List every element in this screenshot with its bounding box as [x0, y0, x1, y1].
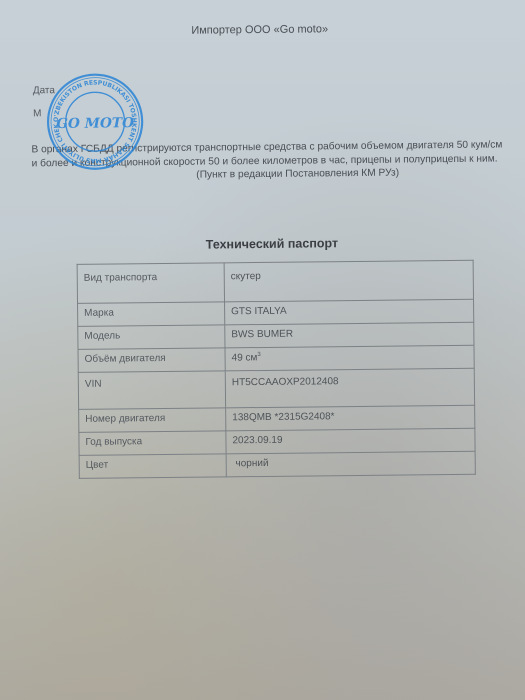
document-page: Импортер ООО «Go moto» Дата М В органах …: [0, 0, 525, 700]
row-value: GTS ITALYA: [225, 299, 474, 325]
table-row: VIN HT5CCAAOXP2012408: [78, 368, 474, 409]
table-row: Вид транспорта скутер: [77, 260, 473, 303]
document-title: Технический паспорт: [0, 234, 525, 254]
row-label: Объём двигателя: [78, 348, 225, 373]
row-value: HT5CCAAOXP2012408: [225, 368, 474, 408]
stamp-center-text: GO MOTO: [56, 115, 134, 132]
row-value: BWS BUMER: [225, 322, 474, 348]
row-label: Цвет: [79, 454, 226, 479]
engine-volume-value: 49 см: [232, 352, 258, 363]
superscript: 3: [257, 352, 260, 358]
row-label: Год выпуска: [79, 431, 226, 456]
row-value: 49 см3: [225, 345, 474, 371]
row-value: скутер: [224, 260, 473, 302]
row-value: 2023.09.19: [226, 428, 475, 454]
row-label: Номер двигателя: [79, 408, 226, 433]
row-label: Марка: [78, 302, 225, 327]
row-label: VIN: [78, 371, 225, 410]
row-value: 138QMB *2315G2408*: [226, 405, 475, 431]
row-label: Вид транспорта: [77, 263, 224, 304]
m-label: М: [33, 108, 41, 119]
company-stamp: O'ZBEKISTON RESPUBLIKASI TOSHKENT SHAHAR…: [46, 72, 145, 171]
row-value: чорний: [226, 451, 475, 477]
table-row: Цвет чорний: [79, 451, 475, 478]
row-label: Модель: [78, 325, 225, 350]
technical-passport-table: Вид транспорта скутер Марка GTS ITALYA М…: [77, 260, 476, 479]
importer-line: Импортер ООО «Go moto»: [0, 21, 522, 38]
